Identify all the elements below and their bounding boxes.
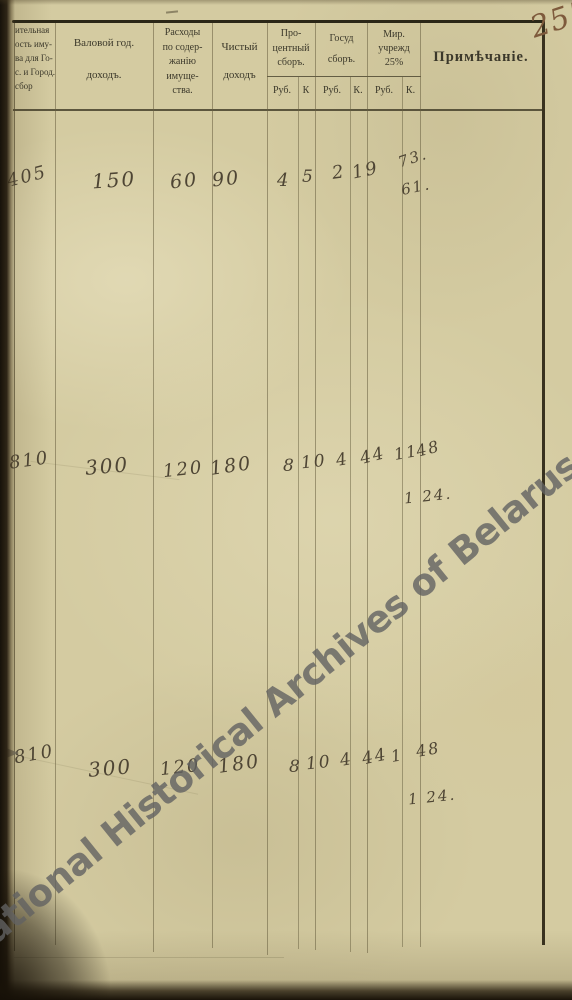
row3-percent-kop: 10 xyxy=(305,752,333,775)
header-bottom-rule xyxy=(13,109,543,111)
header-line: с. и Город. xyxy=(15,66,61,80)
row1-state-kop: 19 xyxy=(350,157,381,183)
handwritten-page-number: 255 xyxy=(526,0,572,45)
header-line: Госуд xyxy=(317,33,366,46)
column-header-valuation: ительная ость иму- ва для Го- с. и Город… xyxy=(15,24,61,94)
header-line: ства. xyxy=(155,84,210,99)
column-header-net-income: Чистый доходъ xyxy=(214,40,265,82)
header-line: доходъ xyxy=(214,68,265,82)
ink-dash-mark xyxy=(166,10,178,13)
header-line: Про- xyxy=(266,27,316,42)
header-line: ва для Го- xyxy=(15,52,61,66)
kop-divider-line xyxy=(350,77,351,952)
row3-percent-rub: 8 xyxy=(289,757,302,777)
header-line: центный xyxy=(266,42,316,57)
header-line: по содер- xyxy=(155,41,210,56)
row2-percent-kop: 10 xyxy=(300,451,328,474)
table-border-top xyxy=(12,20,545,23)
column-line xyxy=(55,21,56,945)
row2-state-rub: 4 xyxy=(334,449,350,471)
column-header-state-tax: Госуд сборъ. xyxy=(317,33,366,67)
header-line: доходъ. xyxy=(57,68,151,82)
kop-divider-line xyxy=(402,77,403,947)
header-line: Мир. xyxy=(369,28,419,42)
column-line xyxy=(212,21,213,948)
header-line: ительная xyxy=(15,24,61,38)
subheader-kop: К xyxy=(298,85,314,98)
header-line: Расходы xyxy=(155,26,210,41)
subheader-top-rule xyxy=(267,76,421,77)
row3-gross-value: 300 xyxy=(87,754,133,782)
row3-mir-kop: 48 xyxy=(415,738,442,761)
row1-percent-rub: 4 xyxy=(277,170,290,191)
row2-percent-rub: 8 xyxy=(283,456,296,476)
row3-mir-second-line: 1 24. xyxy=(407,786,457,809)
column-header-mir-institutions: Мир. учрежд 25% xyxy=(369,28,419,70)
header-line: Валовой год. xyxy=(57,36,151,50)
header-line: сборъ. xyxy=(317,54,366,67)
header-line: сборъ. xyxy=(266,56,316,71)
row2-net-value: 180 xyxy=(209,452,254,480)
header-line: имуще- xyxy=(155,70,210,85)
header-line: ость иму- xyxy=(15,38,61,52)
row1-expenses-value: 60 xyxy=(169,169,199,194)
row1-mir-bottom: 61. xyxy=(399,175,432,199)
row2-state-kop: 44 xyxy=(358,443,388,469)
row1-percent-kop: 5 xyxy=(302,167,315,187)
scanned-document-page: ительная ость иму- ва для Го- с. и Город… xyxy=(0,0,572,1000)
row3-state-rub: 4 xyxy=(338,749,354,771)
column-line xyxy=(315,21,316,950)
column-header-expenses: Расходы по содер- жанію имуще- ства. xyxy=(155,26,210,99)
column-header-percent-tax: Про- центный сборъ. xyxy=(266,27,316,71)
row3-state-kop: 44 xyxy=(360,745,389,770)
row1-net-value: 90 xyxy=(211,167,241,192)
subheader-rub: Руб. xyxy=(315,85,349,98)
column-header-gross-income: Валовой год. доходъ. xyxy=(57,36,151,82)
row2-mir-second-line: 1 24. xyxy=(403,485,453,508)
subheader-rub: Руб. xyxy=(267,85,297,98)
subheader-rub: Руб. xyxy=(367,85,401,98)
row2-gross-value: 300 xyxy=(84,452,130,480)
header-line: жанію xyxy=(155,55,210,70)
header-line: учрежд xyxy=(369,42,419,56)
kop-divider-line xyxy=(298,77,299,949)
row2-mir-kop: 48 xyxy=(414,436,442,460)
binding-shadow-left xyxy=(0,0,15,1000)
subheader-kop: К. xyxy=(402,85,419,98)
scan-shadow-top xyxy=(0,0,572,5)
row1-state-rub: 2 xyxy=(331,161,347,184)
header-line: Чистый xyxy=(214,40,265,54)
header-line: 25% xyxy=(369,56,419,70)
column-line xyxy=(267,21,268,955)
row1-gross-value: 150 xyxy=(91,166,137,193)
row2-expenses-value: 120 xyxy=(162,457,204,482)
column-header-note: Примѣчаніе. xyxy=(422,48,540,67)
subheader-kop: К. xyxy=(350,85,366,98)
header-line: сбор xyxy=(15,80,61,94)
